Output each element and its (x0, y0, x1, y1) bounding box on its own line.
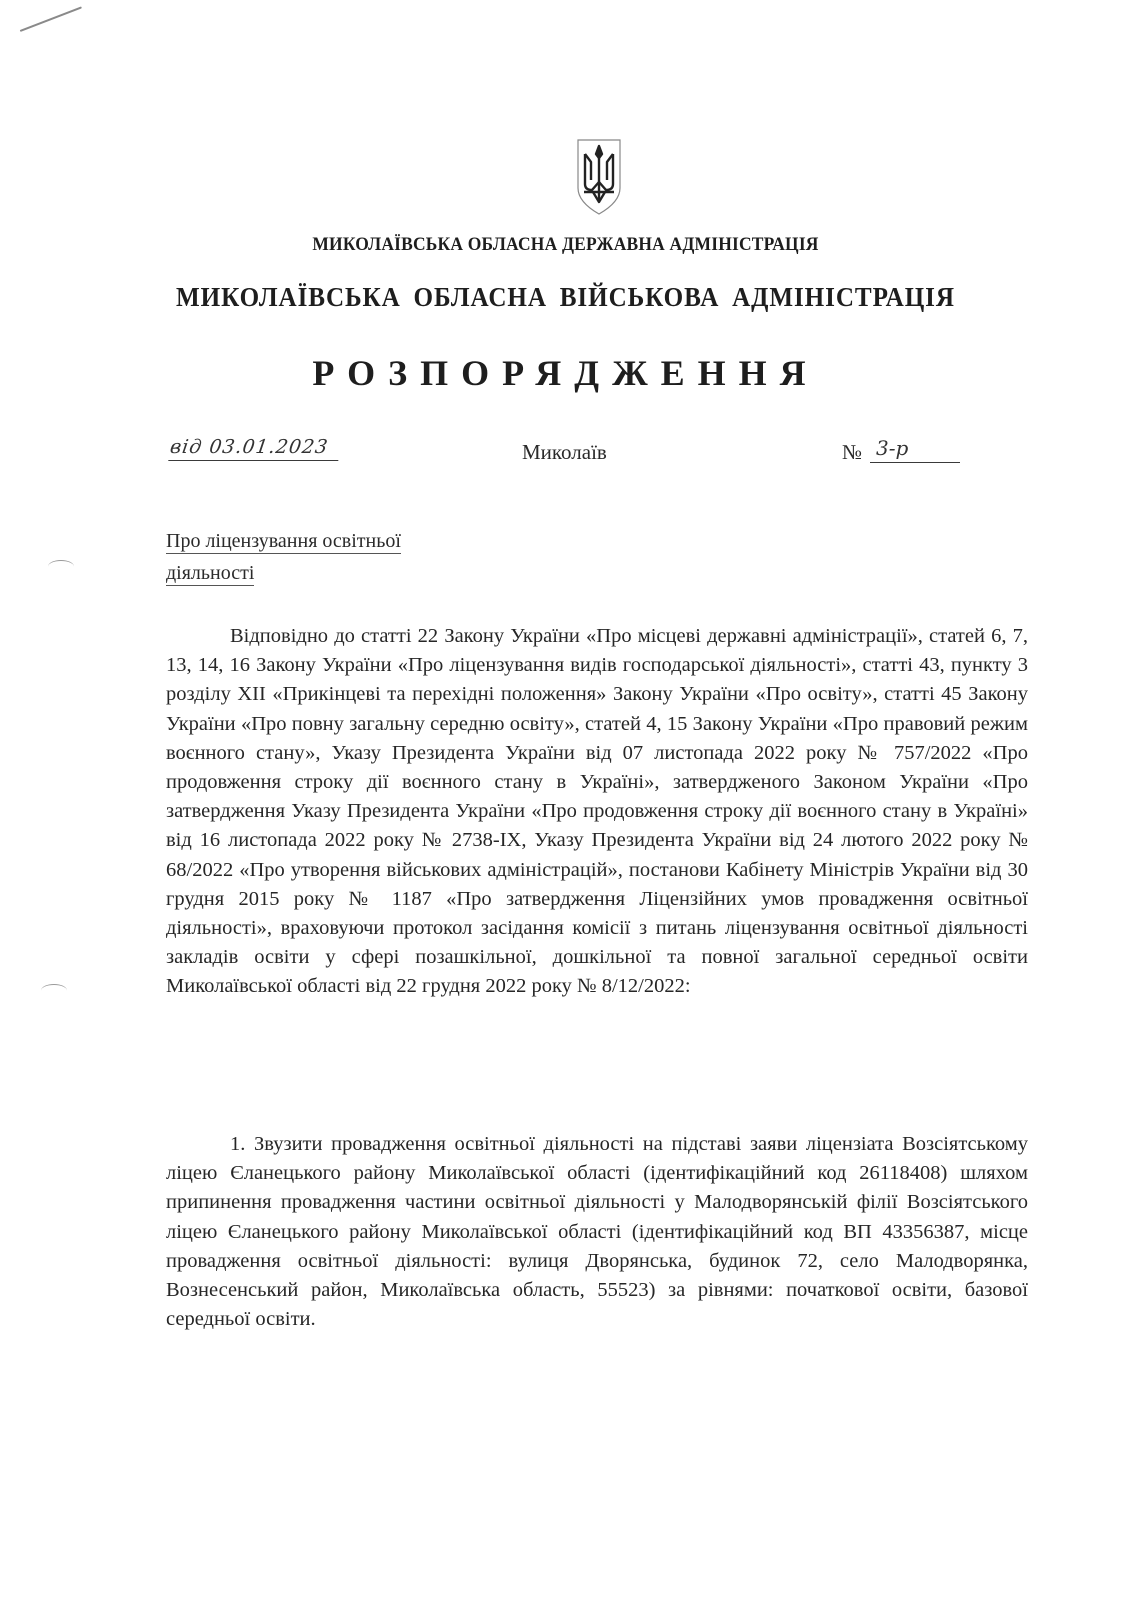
document-number-field: 3-р (870, 436, 960, 463)
order-item-1: 1. Звузити провадження освітньої діяльно… (166, 1130, 1028, 1334)
trident-emblem-icon (566, 136, 632, 216)
stray-pen-mark (20, 6, 82, 32)
subject-line-2: діяльності (166, 561, 254, 586)
date-field: від 03.01.2023 (168, 436, 342, 461)
paragraph-text: 1. Звузити провадження освітньої діяльно… (166, 1130, 1028, 1334)
margin-hole-punch-mark (48, 560, 74, 573)
document-page: МИКОЛАЇВСЬКА ОБЛАСНА ДЕРЖАВНА АДМІНІСТРА… (0, 0, 1131, 1600)
document-subject: Про ліцензування освітньої діяльності (166, 526, 401, 590)
subject-line-1: Про ліцензування освітньої (166, 529, 401, 554)
number-label: № (842, 440, 862, 465)
document-type-title: РОЗПОРЯДЖЕННЯ (0, 352, 1131, 394)
preamble-paragraph: Відповідно до статті 22 Закону України «… (166, 622, 1028, 1002)
city-label: Миколаїв (522, 440, 607, 465)
margin-hole-punch-mark (41, 984, 67, 997)
org-header-military: МИКОЛАЇВСЬКА ОБЛАСНА ВІЙСЬКОВА АДМІНІСТР… (40, 282, 1092, 313)
document-meta-row: від 03.01.2023 Миколаїв № 3-р (170, 436, 960, 476)
paragraph-text: Відповідно до статті 22 Закону України «… (166, 622, 1028, 1002)
org-header-state: МИКОЛАЇВСЬКА ОБЛАСНА ДЕРЖАВНА АДМІНІСТРА… (45, 234, 1086, 256)
